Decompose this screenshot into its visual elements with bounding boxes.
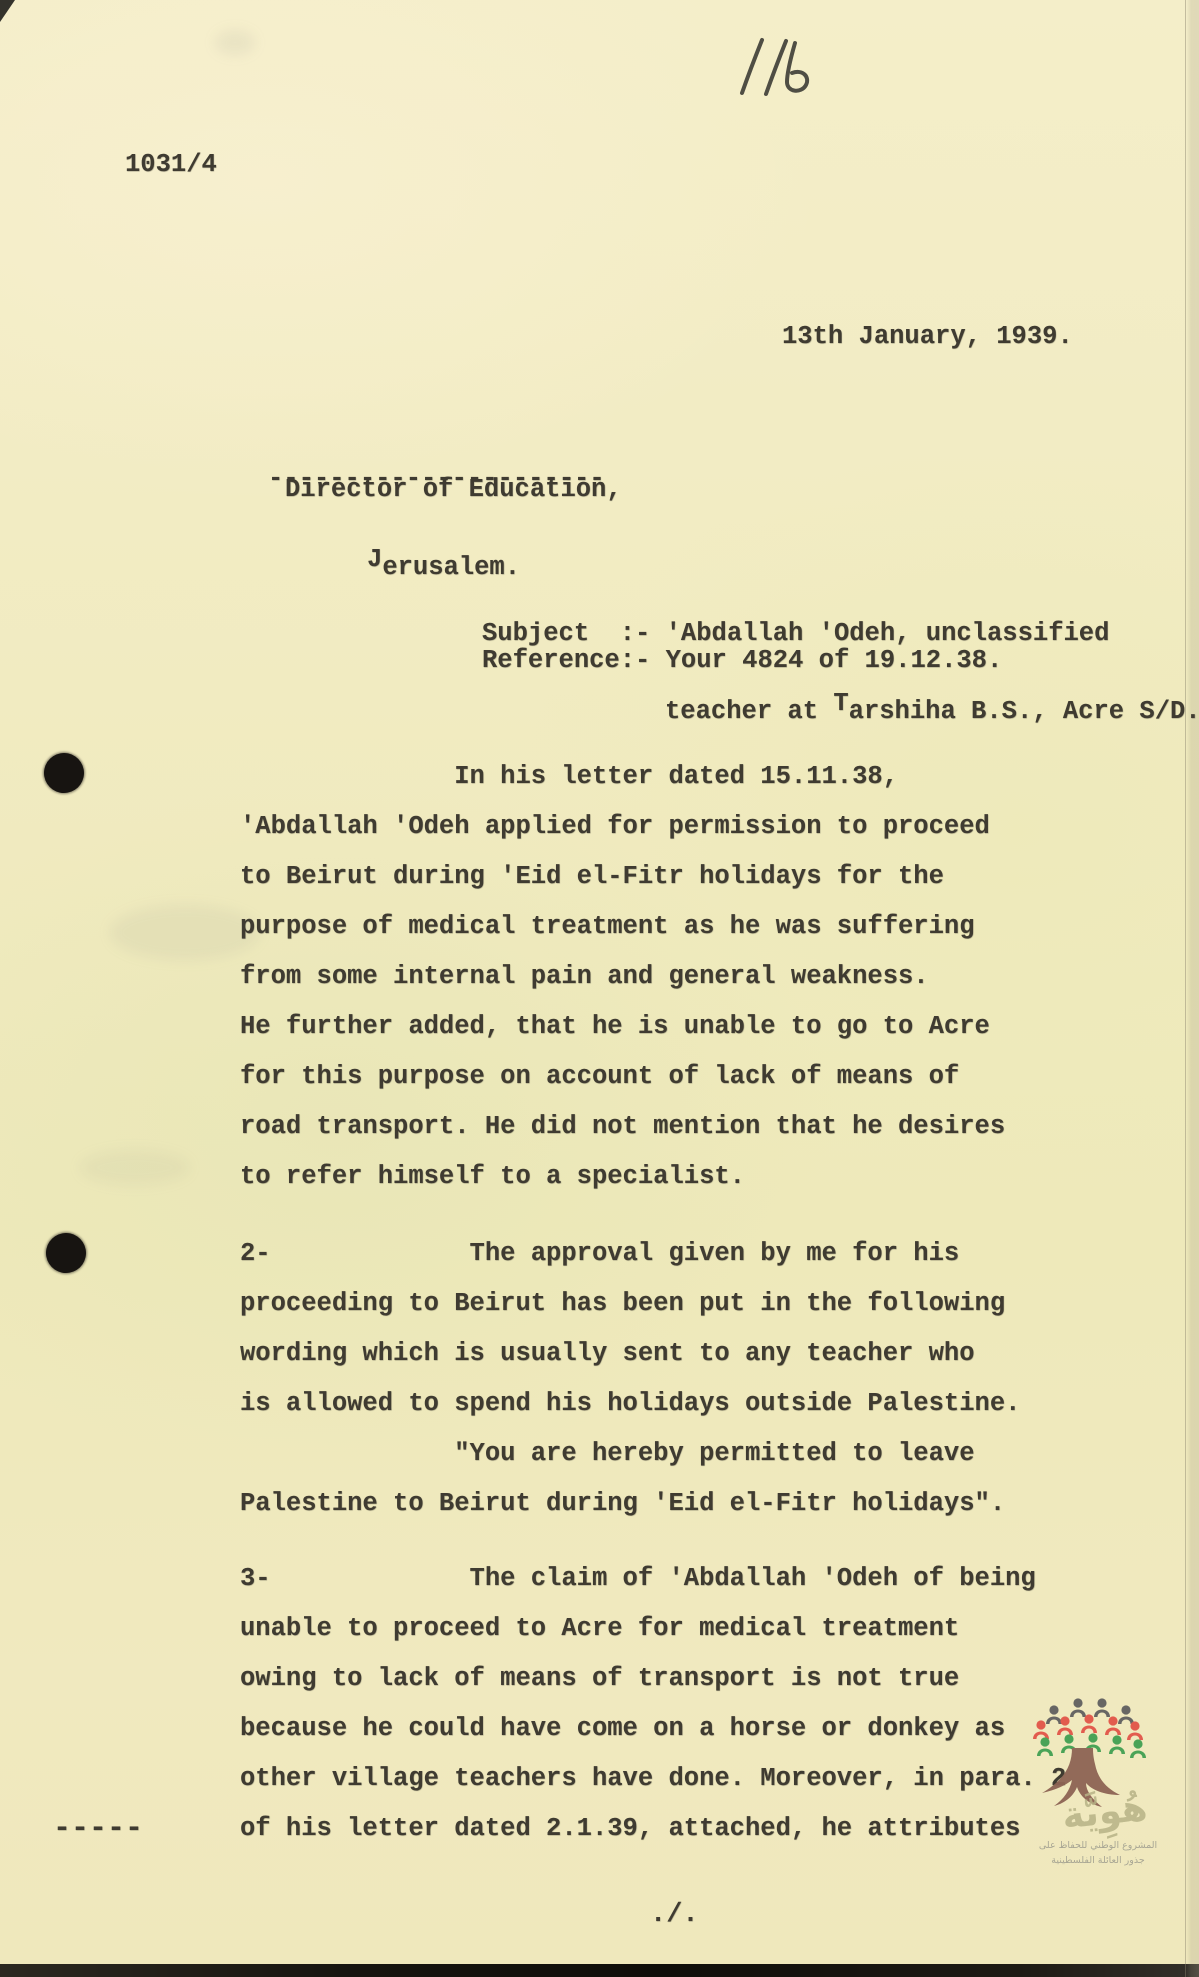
text-line: proceeding to Beirut has been put in the… [240,1279,1020,1329]
paragraph-3: 3- The claim of 'Abdallah 'Odeh of being… [240,1554,1066,1854]
handwritten-116-icon [728,33,820,105]
subject-line2-after: arshiha B.S., Acre S/D. [849,697,1199,726]
text-line: "You are hereby permitted to leave [240,1429,1020,1479]
letter-date: 13th January, 1939. [782,322,1073,351]
text-line: of his letter dated 2.1.39, attached, he… [240,1804,1066,1854]
watermark-tagline-line1: المشروع الوطني للحفاظ على [1014,1840,1182,1851]
addressee-city-initial: J [367,545,382,574]
text-line: because he could have come on a horse or… [240,1704,1066,1754]
paper-stain [110,905,260,960]
paper-stain [215,30,255,55]
text-line: In his letter dated 15.11.38, [240,752,1005,802]
subject-line2-before: teacher at [665,697,833,726]
scan-corner-mark [0,0,15,22]
text-line: unable to proceed to Acre for medical tr… [240,1604,1066,1654]
text-line: owing to lack of means of transport is n… [240,1654,1066,1704]
text-line: 3- The claim of 'Abdallah 'Odeh of being [240,1554,1066,1604]
text-line: 2- The approval given by me for his [240,1229,1020,1279]
text-line: is allowed to spend his holidays outside… [240,1379,1020,1429]
text-line: Palestine to Beirut during 'Eid el-Fitr … [240,1479,1020,1529]
text-line: for this purpose on account of lack of m… [240,1052,1005,1102]
text-line: to Beirut during 'Eid el-Fitr holidays f… [240,852,1005,902]
hole-punch-dot [42,1229,89,1276]
paragraph-2: 2- The approval given by me for hisproce… [240,1229,1020,1529]
watermark-wordmark-arabic: هُوِيَّة [1060,1786,1149,1838]
text-line: 'Abdallah 'Odeh applied for permission t… [240,802,1005,852]
text-line: purpose of medical treatment as he was s… [240,902,1005,952]
file-reference: 1031/4 [125,150,217,179]
hole-punch-dot [40,749,87,796]
text-line: He further added, that he is unable to g… [240,1002,1005,1052]
addressee-underline: ---------------------- [268,464,605,493]
continuation-mark: ./. [650,1900,699,1930]
subject-line1: Subject :- 'Abdallah 'Odeh, unclassified [482,621,1199,647]
reference-line: Reference:- Your 4824 of 19.12.38. [482,646,1002,675]
text-line: other village teachers have done. Moreov… [240,1754,1066,1804]
watermark-tagline-line2: جذور العائلة الفلسطينية [1014,1855,1182,1866]
archive-watermark: هُوِيَّة المشروع الوطني للحفاظ على جذور … [1014,1694,1184,1817]
paragraph-1: In his letter dated 15.11.38,'Abdallah '… [240,752,1005,1202]
subject-line2: teacher at Tarshiha B.S., Acre S/D. [482,699,1199,725]
scan-right-edge [1185,0,1199,1977]
margin-dashes: ----- [53,1812,143,1846]
scanned-letter-page: 1031/4 13th January, 1939. Director of E… [0,0,1199,1977]
subject-line2-raised-t: T [833,689,848,718]
text-line: from some internal pain and general weak… [240,952,1005,1002]
text-line: to refer himself to a specialist. [240,1152,1005,1202]
scan-bottom-edge [0,1964,1199,1977]
handwritten-page-number [728,33,820,110]
text-line: wording which is usually sent to any tea… [240,1329,1020,1379]
text-line: road transport. He did not mention that … [240,1102,1005,1152]
paper-stain [80,1150,190,1185]
